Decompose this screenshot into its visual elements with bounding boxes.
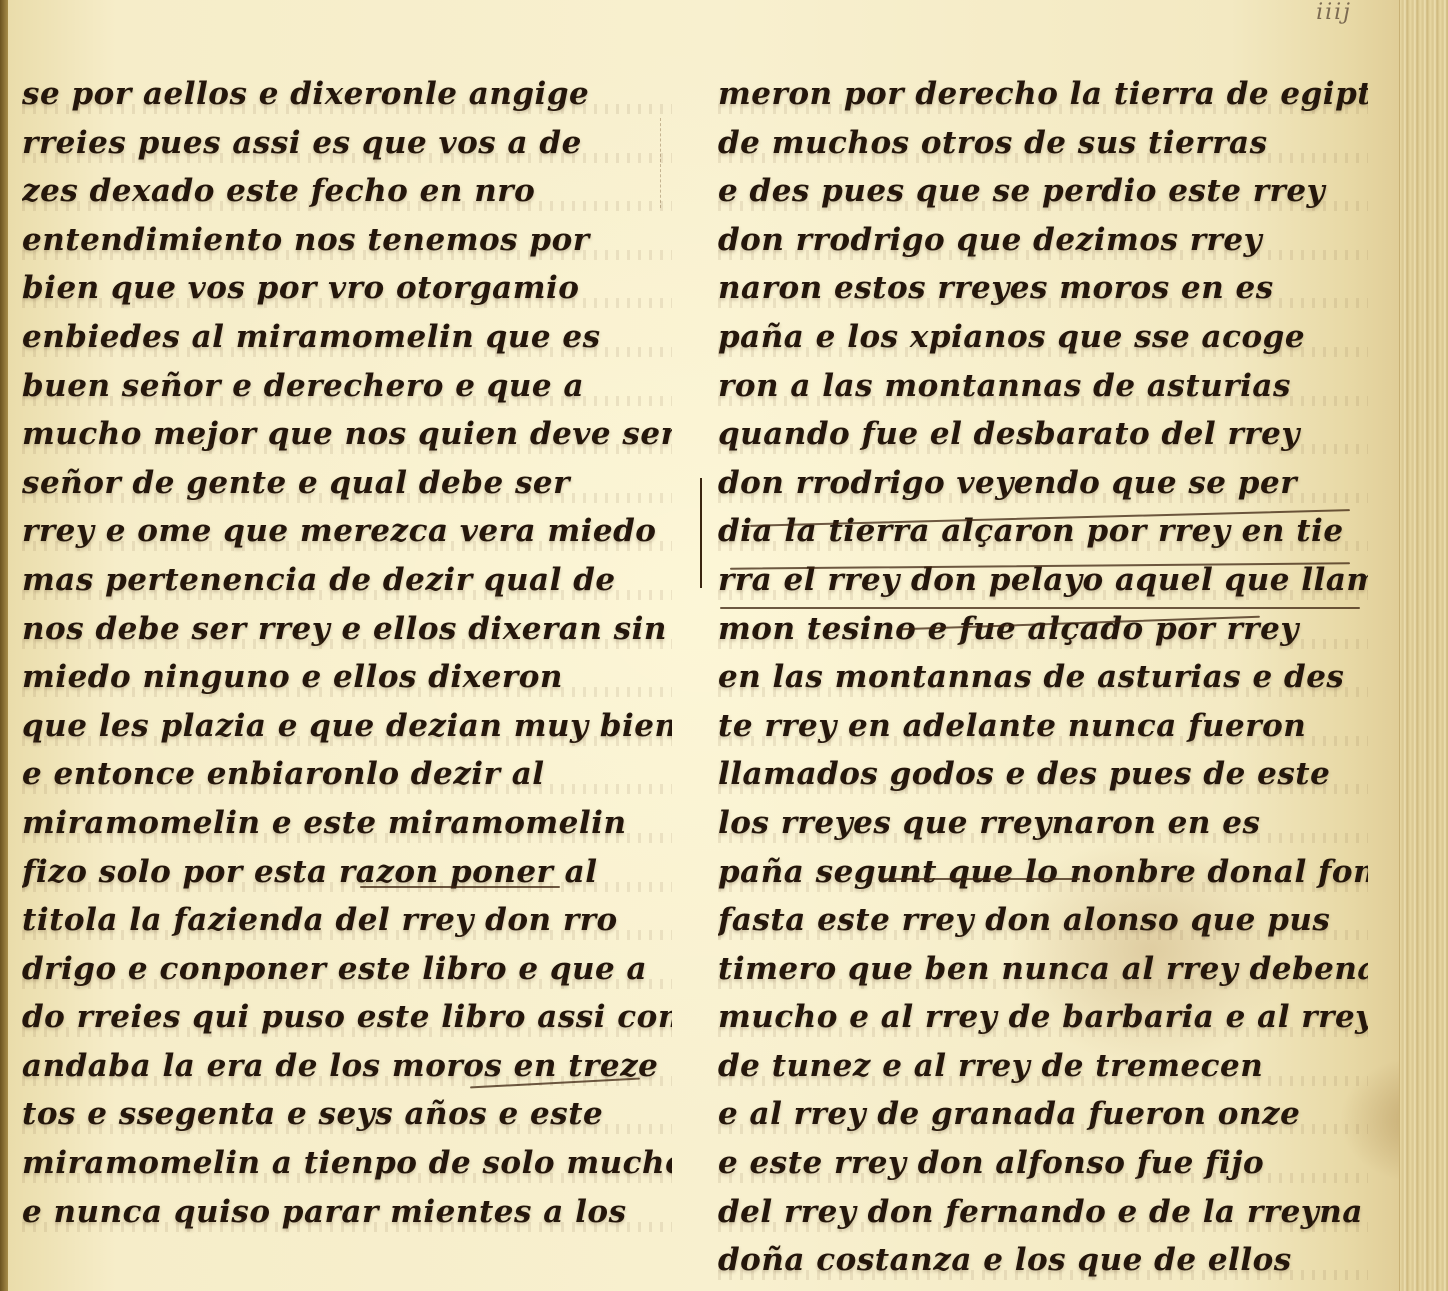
text-line: e nunca quiso parar mientes a los [22, 1188, 672, 1237]
margin-bracket [700, 478, 708, 588]
text-line: don rrodrigo que dezimos rrey [718, 216, 1368, 265]
text-line: miedo ninguno e ellos dixeron [22, 653, 672, 702]
text-line: mucho e al rrey de barbaria e al rrey [718, 993, 1368, 1042]
text-line: e des pues que se perdio este rrey [718, 167, 1368, 216]
text-line: e al rrey de granada fueron onze [718, 1090, 1368, 1139]
text-line: mucho mejor que nos quien deve ser [22, 410, 672, 459]
text-line: timero que ben nunca al rrey debena [718, 945, 1368, 994]
text-line: en las montannas de asturias e des [718, 653, 1368, 702]
text-line: meron por derecho la tierra de egipto e [718, 70, 1368, 119]
left-text-column: se por aellos e dixeronle angige rreies … [22, 70, 672, 1236]
text-line: e entonce enbiaronlo dezir al [22, 750, 672, 799]
text-line: entendimiento nos tenemos por [22, 216, 672, 265]
text-line: mas pertenencia de dezir qual de [22, 556, 672, 605]
text-underline [880, 878, 1080, 880]
text-line: se por aellos e dixeronle angige [22, 70, 672, 119]
text-line: e este rrey don alfonso fue fijo [718, 1139, 1368, 1188]
text-line: señor de gente e qual debe ser [22, 459, 672, 508]
text-line: rrey e ome que merezca vera miedo [22, 507, 672, 556]
text-line: mon tesino e fue alçado por rrey [718, 605, 1368, 654]
text-line: paña segunt que lo nonbre donal fonso [718, 848, 1368, 897]
text-line: dia la tierra alçaron por rrey en tie [718, 507, 1368, 556]
folio-number: iiij [1316, 0, 1352, 25]
text-line: de tunez e al rrey de tremecen [718, 1042, 1368, 1091]
text-line: miramomelin e este miramomelin [22, 799, 672, 848]
text-line: andaba la era de los moros en treze [22, 1042, 672, 1091]
text-line: do rreies qui puso este libro assi conpu… [22, 993, 672, 1042]
page-edges [1399, 0, 1448, 1291]
text-line: del rrey don fernando e de la rreyna [718, 1188, 1368, 1237]
text-line: que les plazia e que dezian muy bien [22, 702, 672, 751]
text-line: naron estos rreyes moros en es [718, 264, 1368, 313]
text-line: quando fue el desbarato del rrey [718, 410, 1368, 459]
text-line: fasta este rrey don alonso que pus [718, 896, 1368, 945]
text-line: miramomelin a tienpo de solo mucho [22, 1139, 672, 1188]
text-line: de muchos otros de sus tierras [718, 119, 1368, 168]
text-underline [720, 607, 1360, 609]
text-line: te rrey en adelante nunca fueron [718, 702, 1368, 751]
text-line: los rreyes que rreynaron en es [718, 799, 1368, 848]
text-line: nos debe ser rrey e ellos dixeran sin [22, 605, 672, 654]
text-line: zes dexado este fecho en nro [22, 167, 672, 216]
binding-shadow [0, 0, 8, 1291]
text-line: paña e los xpianos que sse acoge [718, 313, 1368, 362]
text-line: enbiedes al miramomelin que es [22, 313, 672, 362]
manuscript-page: iiij se por aellos e dixeronle angige rr… [0, 0, 1448, 1291]
right-text-column: meron por derecho la tierra de egipto e … [718, 70, 1368, 1285]
text-line: rreies pues assi es que vos a de [22, 119, 672, 168]
text-line: tos e ssegenta e seys años e este [22, 1090, 672, 1139]
text-line: llamados godos e des pues de este [718, 750, 1368, 799]
text-line: titola la fazienda del rrey don rro [22, 896, 672, 945]
text-line: drigo e conponer este libro e que a [22, 945, 672, 994]
text-line: doña costanza e los que de ellos [718, 1236, 1368, 1285]
text-underline [360, 886, 560, 888]
text-line: don rrodrigo veyendo que se per [718, 459, 1368, 508]
text-line: buen señor e derechero e que a [22, 362, 672, 411]
text-line: ron a las montannas de asturias [718, 362, 1368, 411]
text-line: bien que vos por vro otorgamio [22, 264, 672, 313]
text-line: fizo solo por esta razon poner al [22, 848, 672, 897]
